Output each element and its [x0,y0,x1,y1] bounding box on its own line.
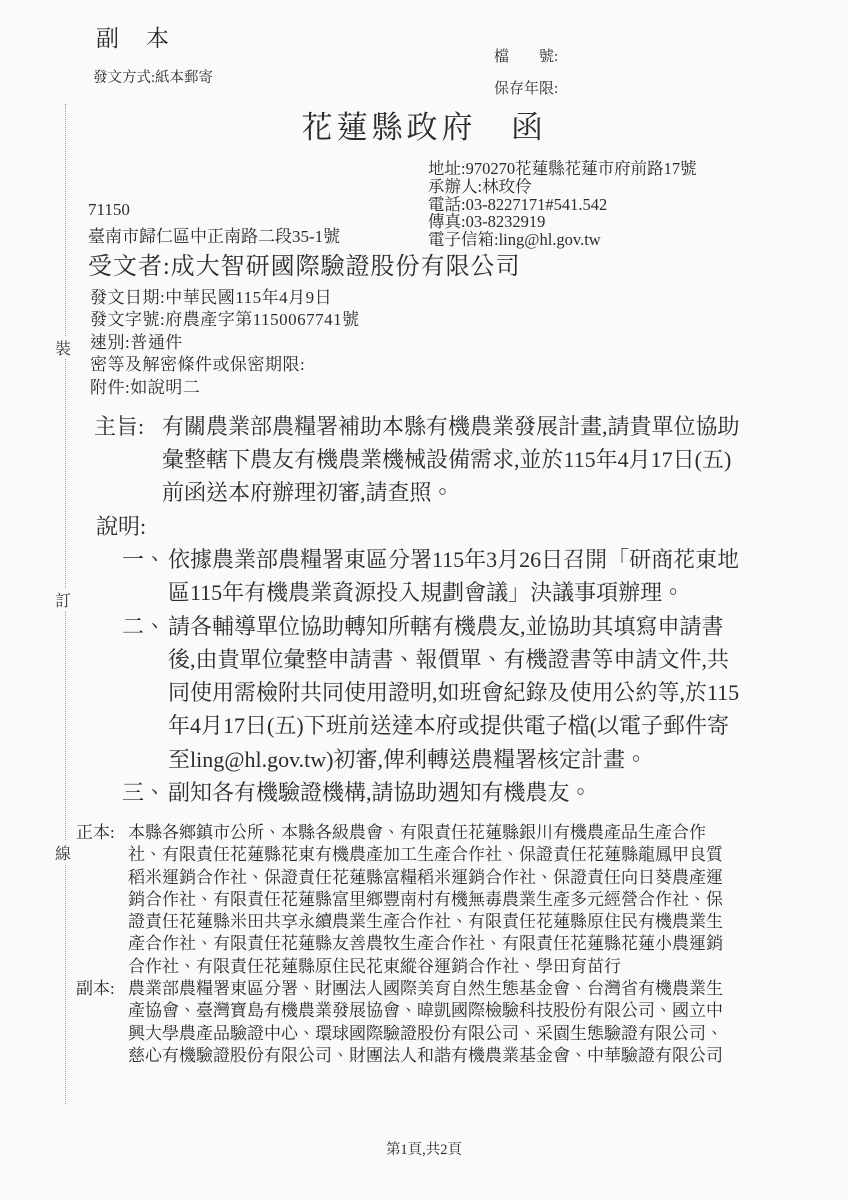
original-recipients-label: 正本: [76,822,128,978]
binding-mark-ding: 訂 [52,588,74,611]
original-recipients-row: 正本: 本縣各鄉鎮市公所、本縣各級農會、有限責任花蓮縣銀川有機農產品生產合作社、… [76,822,736,978]
original-recipients-text: 本縣各鄉鎮市公所、本縣各級農會、有限責任花蓮縣銀川有機農產品生產合作社、有限責任… [128,822,736,978]
sender-contact-block: 地址:970270花蓮縣花蓮市府前路17號 承辦人:林玫伶 電話:03-8227… [428,160,697,249]
security-class: 密等及解密條件或保密期限: [90,354,360,376]
description-item-1: 一、 依據農業部農糧署東區分署115年3月26日召開「研商花東地區115年有機農… [122,543,748,610]
item-number: 三、 [122,776,168,809]
description-items: 一、 依據農業部農糧署東區分署115年3月26日召開「研商花東地區115年有機農… [122,543,748,809]
binding-mark-xian: 線 [52,841,74,864]
item-text: 請各輔導單位協助轉知所轄有機農友,並協助其填寫申請書後,由貴單位彙整申請書、報價… [168,610,748,776]
document-meta-block: 發文日期:中華民國115年4月9日 發文字號:府農產字第1150067741號 … [90,287,360,399]
copy-recipients-row: 副本: 農業部農糧署東區分署、財團法人國際美育自然生態基金會、台灣省有機農業生產… [76,978,736,1067]
sender-phone: 電話:03-8227171#541.542 [428,196,697,214]
sender-contact-person: 承辦人:林玫伶 [428,178,697,196]
subject-label: 主旨: [94,410,162,509]
page-number: 第1頁,共2頁 [0,1138,848,1159]
copy-type-label: 副 本 [96,20,171,53]
recipient-line: 受文者:成大智研國際驗證股份有限公司 [88,246,521,281]
sender-address: 地址:970270花蓮縣花蓮市府前路17號 [428,160,697,178]
retention-period-label: 保存年限: [494,77,558,98]
document-title: 花蓮縣政府 函 [0,102,848,147]
file-number-label: 檔 號: [494,45,558,66]
attachment-note: 附件:如說明二 [90,377,360,399]
distribution-section: 正本: 本縣各鄉鎮市公所、本縣各級農會、有限責任花蓮縣銀川有機農產品生產合作社、… [76,822,736,1067]
description-item-3: 三、 副知各有機驗證機構,請協助週知有機農友。 [122,776,748,809]
sender-fax: 傳真:03-8232919 [428,213,697,231]
recipient-address: 臺南市歸仁區中正南路二段35-1號 [88,222,340,247]
description-item-2: 二、 請各輔導單位協助轉知所轄有機農友,並協助其填寫申請書後,由貴單位彙整申請書… [122,610,748,776]
item-text: 依據農業部農糧署東區分署115年3月26日召開「研商花東地區115年有機農業資源… [168,543,748,610]
issue-number: 發文字號:府農產字第1150067741號 [90,309,360,331]
copy-recipients-label: 副本: [76,978,128,1067]
document-page: 副 本 發文方式:紙本郵寄 檔 號: 保存年限: 花蓮縣政府 函 地址:9702… [0,0,848,1200]
item-text: 副知各有機驗證機構,請協助週知有機農友。 [168,776,748,809]
subject-section: 主旨: 有關農業部農糧署補助本縣有機農業發展計畫,請貴單位協助彙整轄下農友有機農… [94,410,742,509]
item-number: 一、 [122,543,168,610]
issue-date: 發文日期:中華民國115年4月9日 [90,287,360,309]
description-label: 說明: [96,510,146,541]
copy-recipients-text: 農業部農糧署東區分署、財團法人國際美育自然生態基金會、台灣省有機農業生產協會、臺… [128,978,736,1067]
subject-text: 有關農業部農糧署補助本縣有機農業發展計畫,請貴單位協助彙整轄下農友有機農業機械設… [162,410,742,509]
delivery-method-label: 發文方式:紙本郵寄 [93,66,213,87]
item-number: 二、 [122,610,168,776]
recipient-zip: 71150 [88,200,130,220]
speed-class: 速別:普通件 [90,332,360,354]
binding-mark-zhuang: 裝 [52,336,74,359]
